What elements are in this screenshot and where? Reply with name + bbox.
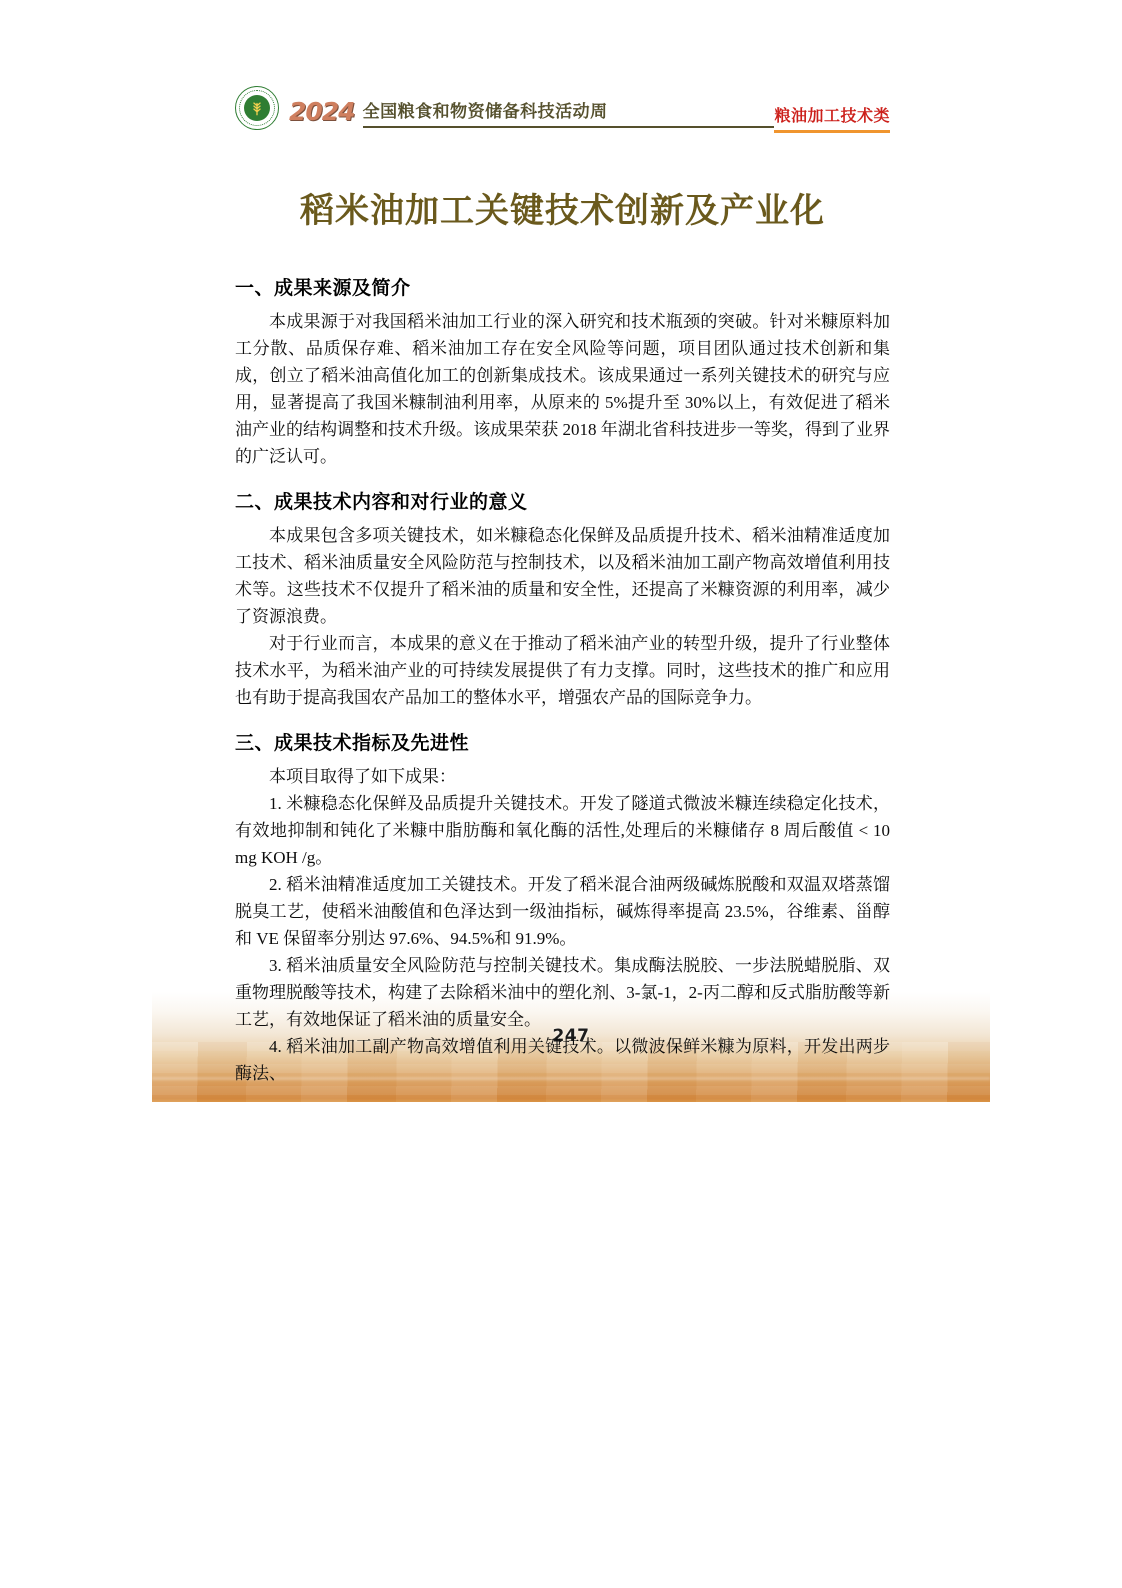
document-page: { "header": { "logo_icon": "grain-admini… bbox=[0, 0, 1122, 1588]
header-event-title: 全国粮食和物资储备科技活动周 bbox=[363, 102, 608, 128]
paragraph: 4. 稻米油加工副产物高效增值利用关键技术。以微波保鲜米糠为原料，开发出两步酶法… bbox=[235, 1033, 890, 1087]
paragraph: 1. 米糠稳态化保鲜及品质提升关键技术。开发了隧道式微波米糠连续稳定化技术，有效… bbox=[235, 790, 890, 871]
page-title: 稻米油加工关键技术创新及产业化 bbox=[235, 188, 890, 236]
paragraph: 3. 稻米油质量安全风险防范与控制关键技术。集成酶法脱胶、一步法脱蜡脱脂、双重物… bbox=[235, 952, 890, 1033]
page-header: 2024 全国粮食和物资储备科技活动周 粮油加工技术类 bbox=[235, 86, 890, 128]
header-divider-line bbox=[608, 126, 775, 128]
header-year: 2024 bbox=[289, 99, 355, 124]
section-heading: 一、成果来源及简介 bbox=[235, 278, 890, 300]
paragraph: 本项目取得了如下成果： bbox=[235, 763, 890, 790]
section-heading: 二、成果技术内容和对行业的意义 bbox=[235, 492, 890, 514]
section-technical-indicators: 三、成果技术指标及先进性 本项目取得了如下成果： 1. 米糠稳态化保鲜及品质提升… bbox=[235, 733, 890, 1087]
grain-administration-seal-icon bbox=[235, 86, 279, 130]
wheat-icon bbox=[248, 99, 266, 117]
document-body: 一、成果来源及简介 本成果源于对我国稻米油加工行业的深入研究和技术瓶颈的突破。针… bbox=[235, 278, 890, 1109]
section-source-intro: 一、成果来源及简介 本成果源于对我国稻米油加工行业的深入研究和技术瓶颈的突破。针… bbox=[235, 278, 890, 470]
paragraph: 对于行业而言，本成果的意义在于推动了稻米油产业的转型升级，提升了行业整体技术水平… bbox=[235, 630, 890, 711]
paragraph: 2. 稻米油精准适度加工关键技术。开发了稻米混合油两级碱炼脱酸和双温双塔蒸馏脱臭… bbox=[235, 871, 890, 952]
paragraph: 本成果源于对我国稻米油加工行业的深入研究和技术瓶颈的突破。针对米糠原料加工分散、… bbox=[235, 308, 890, 470]
category-badge: 粮油加工技术类 bbox=[774, 107, 890, 133]
section-heading: 三、成果技术指标及先进性 bbox=[235, 733, 890, 755]
paragraph: 本成果包含多项关键技术，如米糠稳态化保鲜及品质提升技术、稻米油精准适度加工技术、… bbox=[235, 522, 890, 630]
section-technical-content: 二、成果技术内容和对行业的意义 本成果包含多项关键技术，如米糠稳态化保鲜及品质提… bbox=[235, 492, 890, 711]
